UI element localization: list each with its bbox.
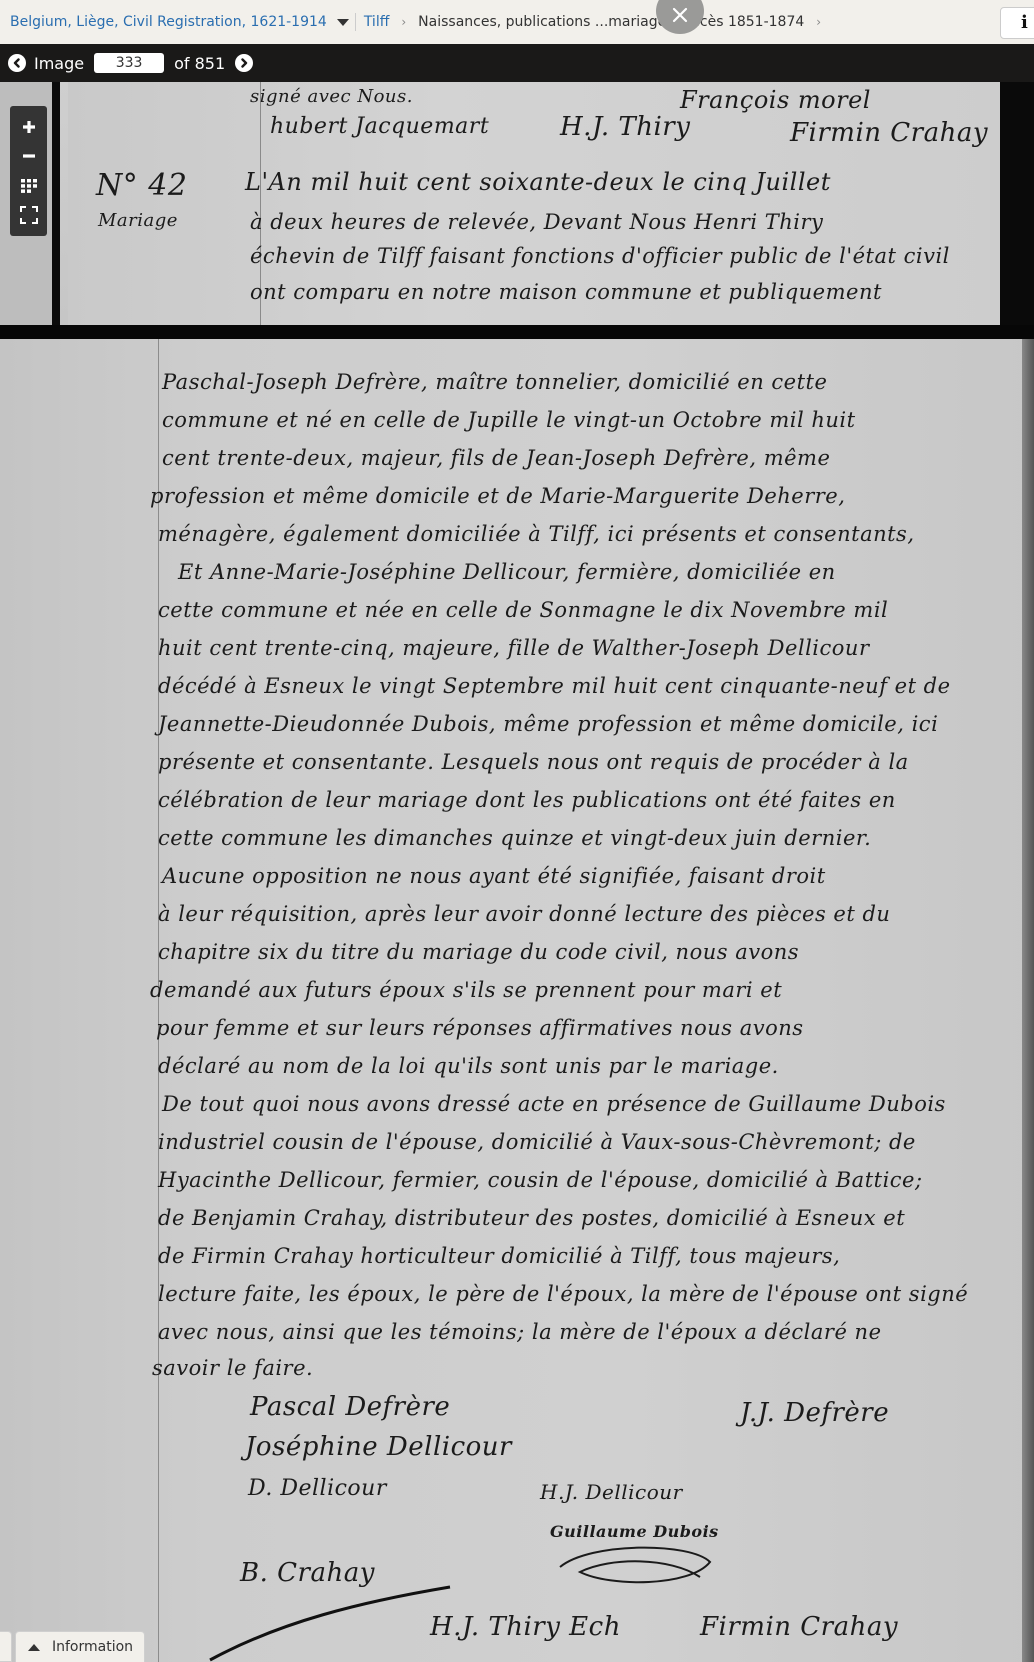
handwritten-line: cette commune et née en celle de Sonmagn… (158, 598, 888, 622)
minus-icon (21, 148, 37, 164)
grid-icon (20, 178, 38, 194)
signature: H.J. Dellicour (540, 1480, 683, 1504)
signature: Firmin Crahay (700, 1612, 898, 1642)
information-tab-label: Information (52, 1639, 133, 1655)
page-edge (1022, 339, 1034, 1662)
handwritten-line: demandé aux futurs époux s'ils se prenne… (150, 978, 782, 1002)
image-number-input[interactable] (94, 53, 164, 73)
zoom-out-button[interactable] (17, 144, 41, 168)
signature: Guillaume Dubois (550, 1522, 719, 1541)
act-line: échevin de Tilff faisant fonctions d'off… (250, 244, 950, 268)
handwritten-line: de Benjamin Crahay, distributeur des pos… (158, 1206, 905, 1230)
zoom-in-button[interactable] (17, 115, 41, 139)
zoom-controls (10, 106, 47, 236)
handwritten-line: commune et né en celle de Jupille le vin… (162, 408, 856, 432)
signature: hubert Jacquemart (270, 114, 489, 139)
collapsed-panel-tab[interactable] (0, 1631, 12, 1662)
handwritten-line: Et Anne-Marie-Joséphine Dellicour, fermi… (178, 560, 836, 584)
page-fold-shadow (0, 325, 1034, 339)
fullscreen-button[interactable] (17, 203, 41, 227)
signature: Joséphine Dellicour (245, 1432, 512, 1462)
signature-flourish (550, 1542, 720, 1592)
signature: D. Dellicour (248, 1476, 387, 1501)
act-line: ont comparu en notre maison commune et p… (250, 280, 882, 304)
next-image-button[interactable] (235, 54, 253, 72)
handwritten-line: célébration de leur mariage dont les pub… (158, 788, 896, 812)
handwritten-line: déclaré au nom de la loi qu'ils sont uni… (158, 1054, 779, 1078)
breadcrumb-divider (355, 13, 356, 31)
handwritten-line: pour femme et sur leurs réponses affirma… (156, 1016, 804, 1040)
fullscreen-icon (20, 206, 38, 224)
handwritten-line: signé avec Nous. (250, 86, 413, 107)
signature: H.J. Thiry (560, 112, 690, 142)
handwritten-line: Paschal-Joseph Defrère, maître tonnelier… (162, 370, 827, 394)
handwritten-line: ménagère, également domiciliée à Tilff, … (158, 522, 915, 546)
handwritten-line: industriel cousin de l'épouse, domicilié… (158, 1130, 916, 1154)
handwritten-line: savoir le faire. (152, 1356, 313, 1380)
chevron-right-icon: › (401, 15, 406, 29)
breadcrumb-volume[interactable]: Naissances, publications ...mariages, dé… (418, 14, 804, 30)
chevron-right-icon (239, 58, 249, 68)
handwritten-line: Hyacinthe Dellicour, fermier, cousin de … (158, 1168, 923, 1192)
handwritten-line: présente et consentante. Lesquels nous o… (158, 750, 909, 774)
handwritten-line: De tout quoi nous avons dressé acte en p… (162, 1092, 946, 1116)
image-label: Image (34, 54, 84, 73)
previous-image-button[interactable] (8, 54, 26, 72)
information-panel-tab[interactable]: Information (15, 1631, 145, 1662)
handwritten-line: Jeannette-Dieudonnée Dubois, même profes… (158, 712, 938, 736)
act-line: L'An mil huit cent soixante-deux le cinq… (245, 168, 831, 196)
handwritten-line: lecture faite, les époux, le père de l'é… (158, 1282, 968, 1306)
handwritten-line: de Firmin Crahay horticulteur domicilié … (158, 1244, 840, 1268)
page-shadow (1000, 82, 1034, 325)
signature: J.J. Defrère (740, 1398, 889, 1428)
breadcrumb-collection-link[interactable]: Belgium, Liège, Civil Registration, 1621… (10, 14, 327, 30)
signature: Firmin Crahay (790, 118, 988, 148)
entry-number: N° 42 (96, 168, 187, 203)
breadcrumb-locality-link[interactable]: Tilff (364, 14, 390, 30)
image-nav-toolbar: Image of 851 (0, 44, 1034, 82)
caret-up-icon (28, 1644, 40, 1651)
handwritten-line: décédé à Esneux le vingt Septembre mil h… (158, 674, 951, 698)
handwritten-line: profession et même domicile et de Marie-… (150, 484, 845, 508)
close-icon (672, 7, 688, 23)
collection-dropdown-caret-icon[interactable] (337, 19, 349, 26)
handwritten-line: chapitre six du titre du mariage du code… (158, 940, 799, 964)
plus-icon (21, 119, 37, 135)
signature-flourish (200, 1582, 460, 1662)
chevron-left-icon (12, 58, 22, 68)
info-button[interactable]: i (1000, 7, 1034, 39)
handwritten-line: à leur réquisition, après leur avoir don… (158, 902, 890, 926)
handwritten-line: huit cent trente-cinq, majeure, fille de… (158, 636, 870, 660)
act-line: à deux heures de relevée, Devant Nous He… (250, 210, 823, 234)
handwritten-line: cette commune les dimanches quinze et vi… (158, 826, 871, 850)
image-total: of 851 (174, 54, 225, 73)
handwritten-line: avec nous, ainsi que les témoins; la mèr… (158, 1320, 882, 1344)
breadcrumb: Belgium, Liège, Civil Registration, 1621… (0, 0, 1034, 44)
document-image-viewer[interactable]: signé avec Nous. hubert Jacquemart Franç… (0, 82, 1034, 1662)
signature: Pascal Defrère (250, 1392, 450, 1422)
chevron-right-icon: › (816, 15, 821, 29)
handwritten-line: Aucune opposition ne nous ayant été sign… (162, 864, 826, 888)
entry-type: Mariage (98, 210, 178, 231)
handwritten-line: cent trente-deux, majeur, fils de Jean-J… (162, 446, 830, 470)
gallery-view-button[interactable] (17, 174, 41, 198)
signature: François morel (680, 86, 871, 114)
